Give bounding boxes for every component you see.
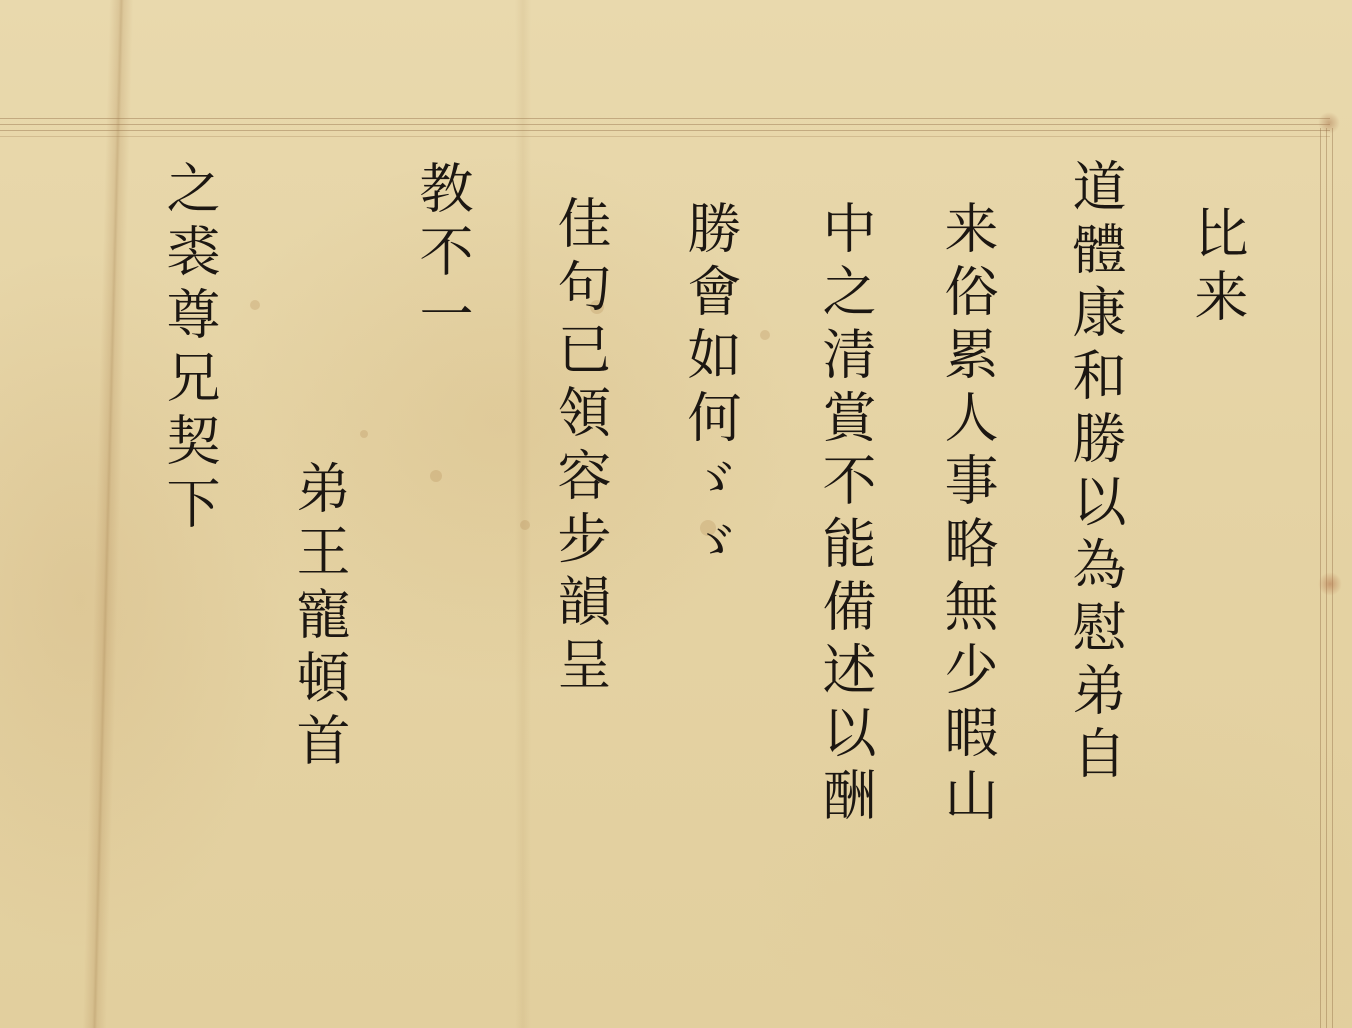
frame-side-ornament (1318, 572, 1342, 596)
text-column-2: 道體康和勝以為慰弟自 (1068, 158, 1122, 788)
fold-crease-center (515, 0, 531, 1028)
frame-rule-top-4 (0, 136, 1330, 137)
frame-rule-top-2 (0, 124, 1330, 125)
addressee-column: 之裘尊兄契下 (162, 160, 216, 538)
text-column-3: 来俗累人事略無少暇山 (940, 200, 994, 830)
text-column-4: 中之清賞不能備述以酬 (818, 200, 872, 830)
frame-rule-top-1 (0, 118, 1330, 119)
text-column-7: 教不一 (415, 160, 469, 349)
text-column-1: 比来 (1190, 205, 1244, 331)
text-column-5: 勝會如何ゞゞ (683, 200, 737, 578)
frame-corner-ornament (1318, 112, 1340, 134)
foxing-spot (250, 300, 260, 310)
frame-rule-top-3 (0, 130, 1330, 131)
signature-column: 弟王寵頓首 (292, 460, 346, 775)
foxing-spot (430, 470, 442, 482)
foxing-spot (760, 330, 770, 340)
foxing-spot (360, 430, 368, 438)
text-column-6: 佳句已領容步韻呈 (553, 195, 607, 699)
foxing-spot (520, 520, 530, 530)
